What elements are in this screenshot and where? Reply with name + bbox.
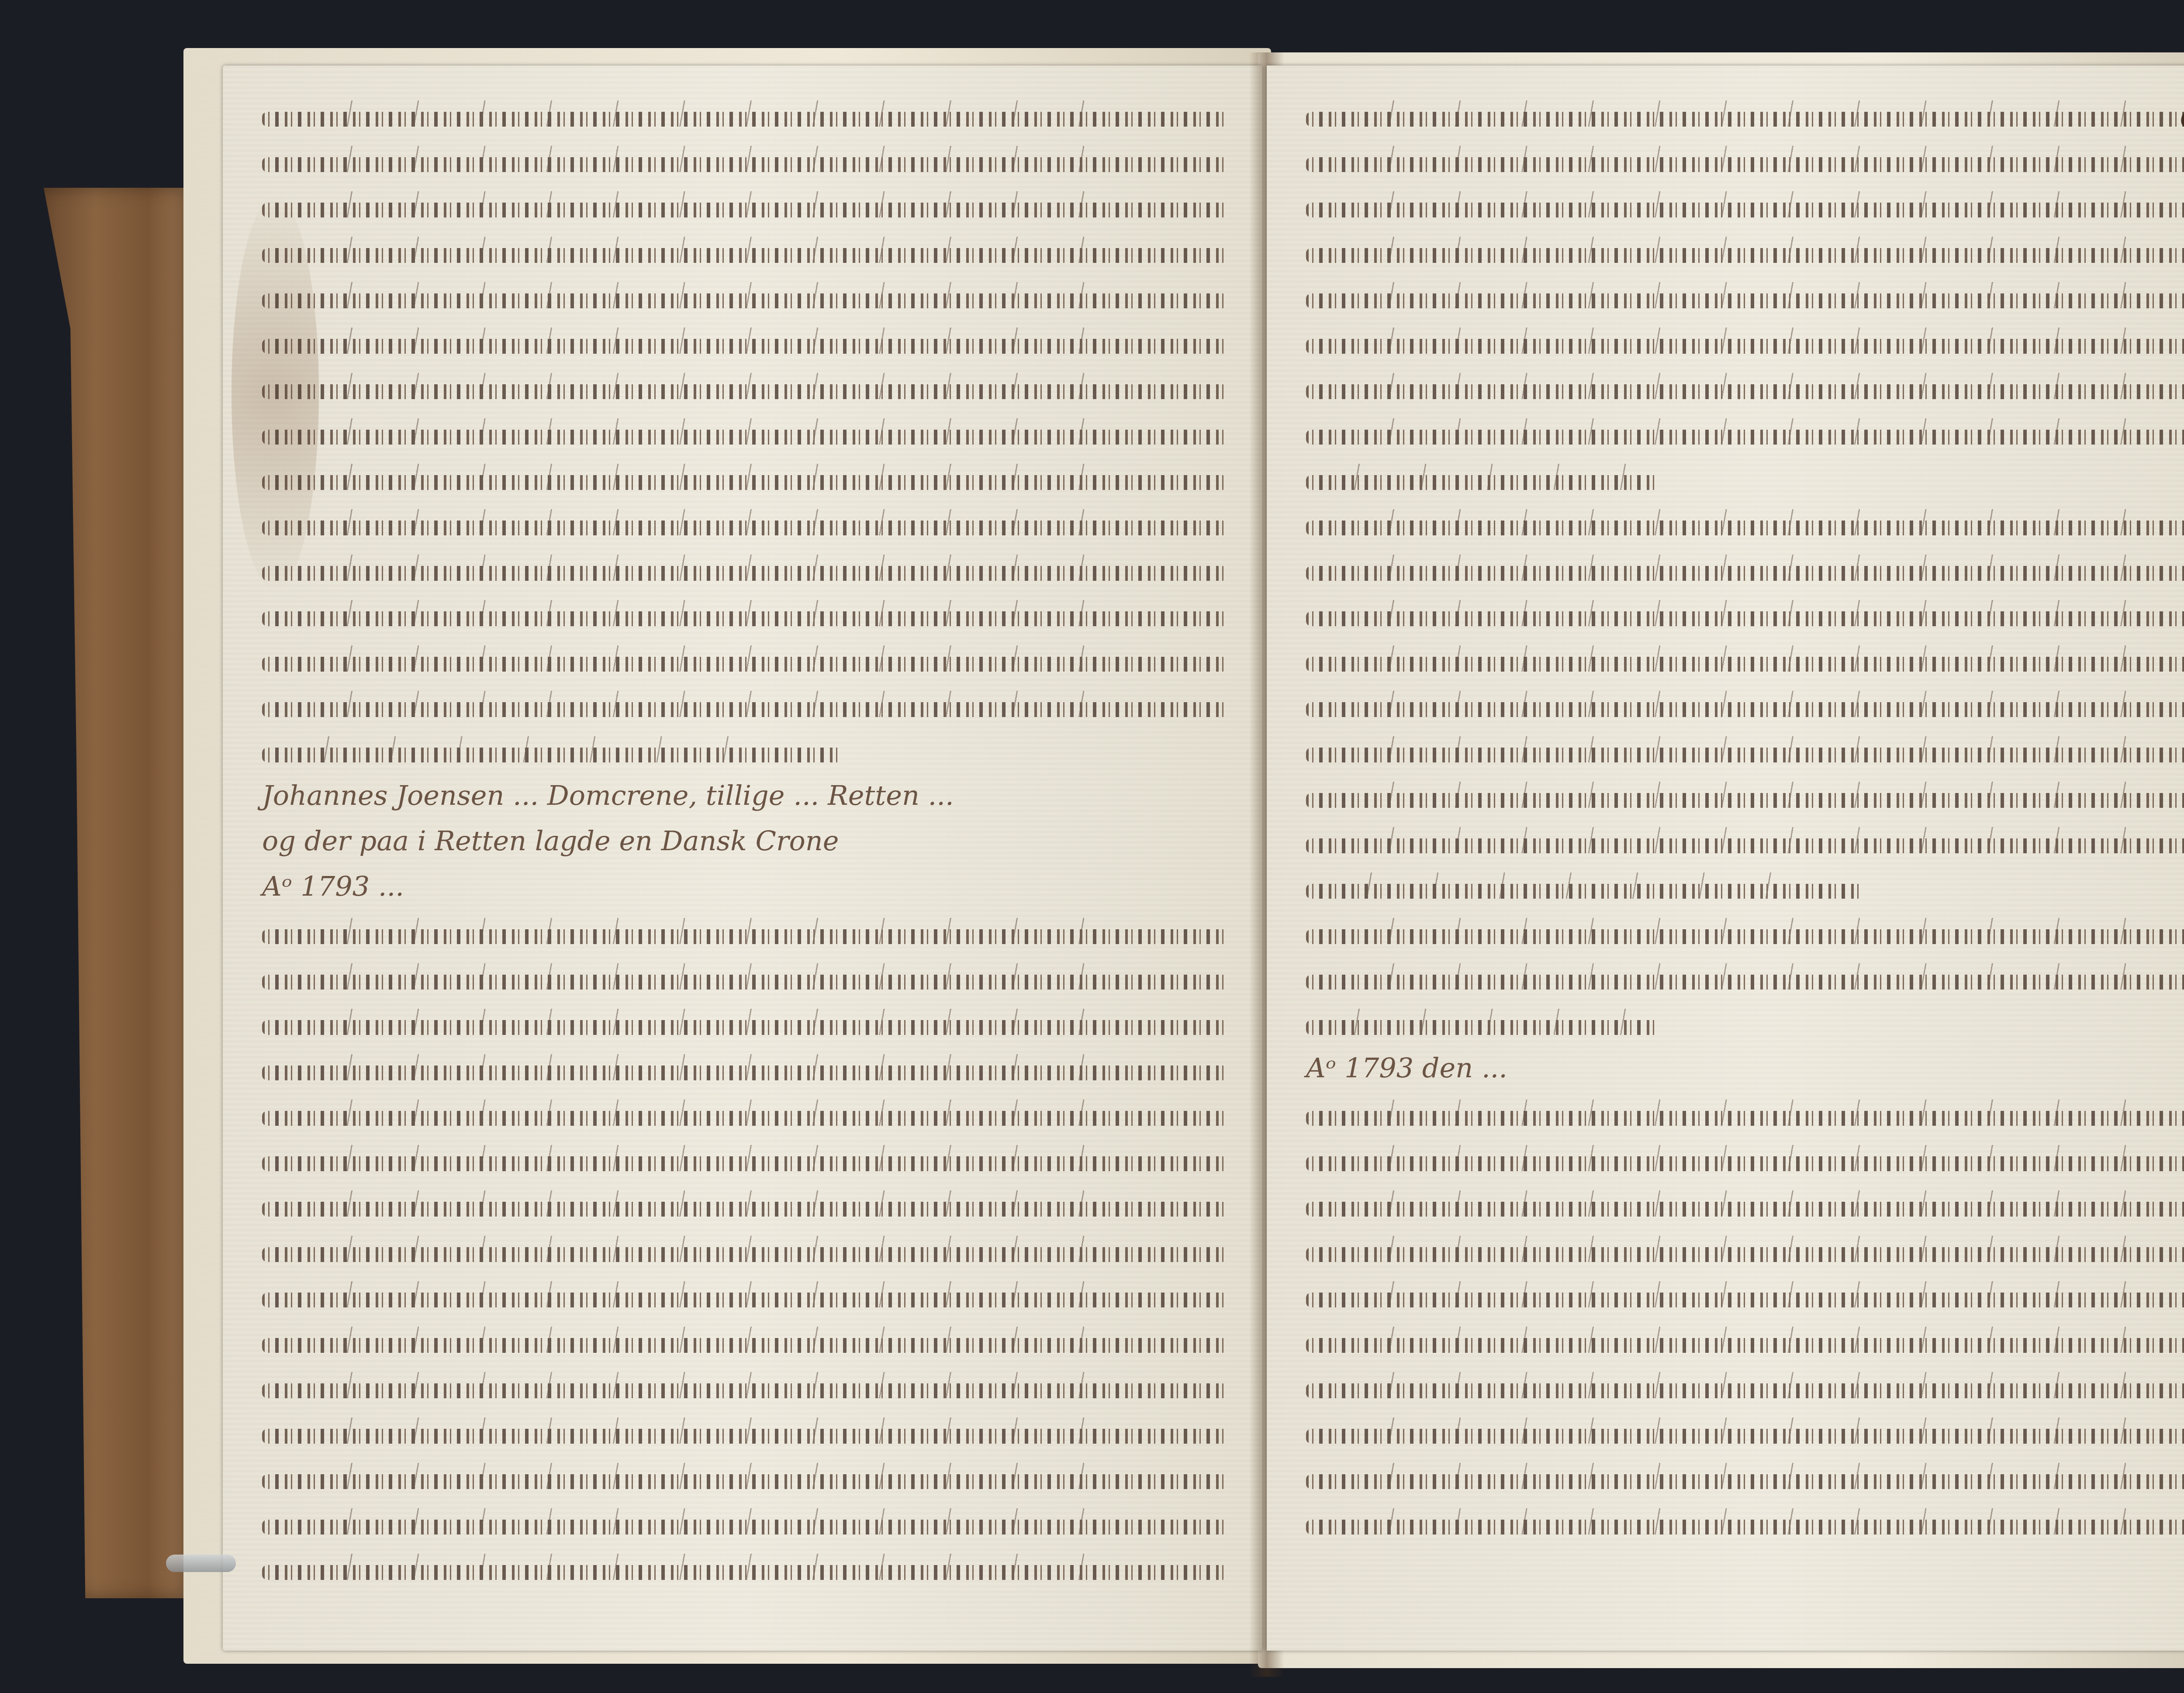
handwritten-line	[1306, 818, 2184, 864]
handwritten-line	[1306, 1409, 2184, 1454]
right-page: 89 Aᵒ 1793 den ...	[1267, 66, 2184, 1651]
handwritten-line	[1306, 1227, 2184, 1272]
handwritten-line	[1306, 637, 2184, 682]
handwritten-line	[262, 1409, 1227, 1454]
handwritten-line	[262, 500, 1227, 546]
handwritten-line	[1306, 92, 2184, 137]
handwritten-line	[1306, 864, 2184, 909]
handwritten-line	[1306, 591, 2184, 637]
handwritten-line	[262, 1136, 1227, 1182]
handwritten-line	[1306, 1318, 2184, 1363]
handwritten-line	[1306, 1182, 2184, 1227]
handwritten-line	[1306, 1136, 2184, 1182]
handwritten-line	[1306, 728, 2184, 773]
metal-clip	[166, 1555, 236, 1572]
handwritten-line	[1306, 1091, 2184, 1136]
handwritten-line	[262, 137, 1227, 183]
handwritten-line	[1306, 137, 2184, 183]
handwritten-line	[1306, 546, 2184, 591]
handwritten-line	[262, 410, 1227, 455]
handwritten-line	[262, 1500, 1227, 1545]
leather-cover-left	[44, 188, 192, 1598]
handwritten-line	[1306, 183, 2184, 228]
handwritten-line	[262, 1318, 1227, 1363]
handwritten-line	[1306, 455, 2184, 500]
handwritten-line: og der paa i Retten lagde en Dansk Crone	[262, 818, 1227, 864]
handwritten-line	[262, 637, 1227, 682]
handwritten-line	[1306, 1454, 2184, 1500]
handwritten-line	[1306, 773, 2184, 818]
handwritten-line	[1306, 1500, 2184, 1545]
handwritten-line	[262, 1227, 1227, 1272]
handwritten-line	[1306, 273, 2184, 319]
handwritten-line	[1306, 909, 2184, 955]
handwritten-line	[262, 92, 1227, 137]
handwritten-line	[262, 1045, 1227, 1091]
handwritten-line	[262, 319, 1227, 364]
handwritten-line	[262, 455, 1227, 500]
handwritten-line	[262, 728, 1227, 773]
handwritten-line	[1306, 410, 2184, 455]
handwritten-line	[262, 183, 1227, 228]
handwritten-line	[1306, 1000, 2184, 1045]
handwritten-line	[262, 273, 1227, 319]
handwritten-line	[262, 591, 1227, 637]
handwritten-line	[262, 1272, 1227, 1318]
handwritten-line	[1306, 500, 2184, 546]
handwritten-line	[1306, 228, 2184, 273]
handwritten-line	[262, 1000, 1227, 1045]
handwritten-line	[262, 682, 1227, 728]
right-page-text: Aᵒ 1793 den ...	[1306, 92, 2184, 1545]
legible-fragment: Aᵒ 1793 ...	[262, 864, 404, 909]
left-page: Johannes Joensen ... Domcrene, tillige .…	[223, 66, 1262, 1651]
legible-fragment: og der paa i Retten lagde en Dansk Crone	[262, 818, 839, 864]
handwritten-line	[262, 1182, 1227, 1227]
handwritten-line	[1306, 1363, 2184, 1409]
handwritten-line	[1306, 1272, 2184, 1318]
handwritten-line: Aᵒ 1793 den ...	[1306, 1045, 2184, 1091]
handwritten-line	[1306, 682, 2184, 728]
handwritten-line	[262, 228, 1227, 273]
handwritten-line: Aᵒ 1793 ...	[262, 864, 1227, 909]
handwritten-line	[262, 1091, 1227, 1136]
handwritten-line	[262, 1545, 1227, 1590]
handwritten-line	[262, 1363, 1227, 1409]
handwritten-line	[262, 909, 1227, 955]
handwritten-line	[262, 955, 1227, 1000]
handwritten-line	[262, 364, 1227, 410]
left-page-text: Johannes Joensen ... Domcrene, tillige .…	[262, 92, 1227, 1590]
handwritten-line	[262, 546, 1227, 591]
legible-fragment: Aᵒ 1793 den ...	[1306, 1045, 1507, 1091]
legible-fragment: Johannes Joensen ... Domcrene, tillige .…	[262, 773, 954, 818]
handwritten-line: Johannes Joensen ... Domcrene, tillige .…	[262, 773, 1227, 818]
handwritten-line	[1306, 364, 2184, 410]
handwritten-line	[1306, 955, 2184, 1000]
handwritten-line	[262, 1454, 1227, 1500]
handwritten-line	[1306, 319, 2184, 364]
